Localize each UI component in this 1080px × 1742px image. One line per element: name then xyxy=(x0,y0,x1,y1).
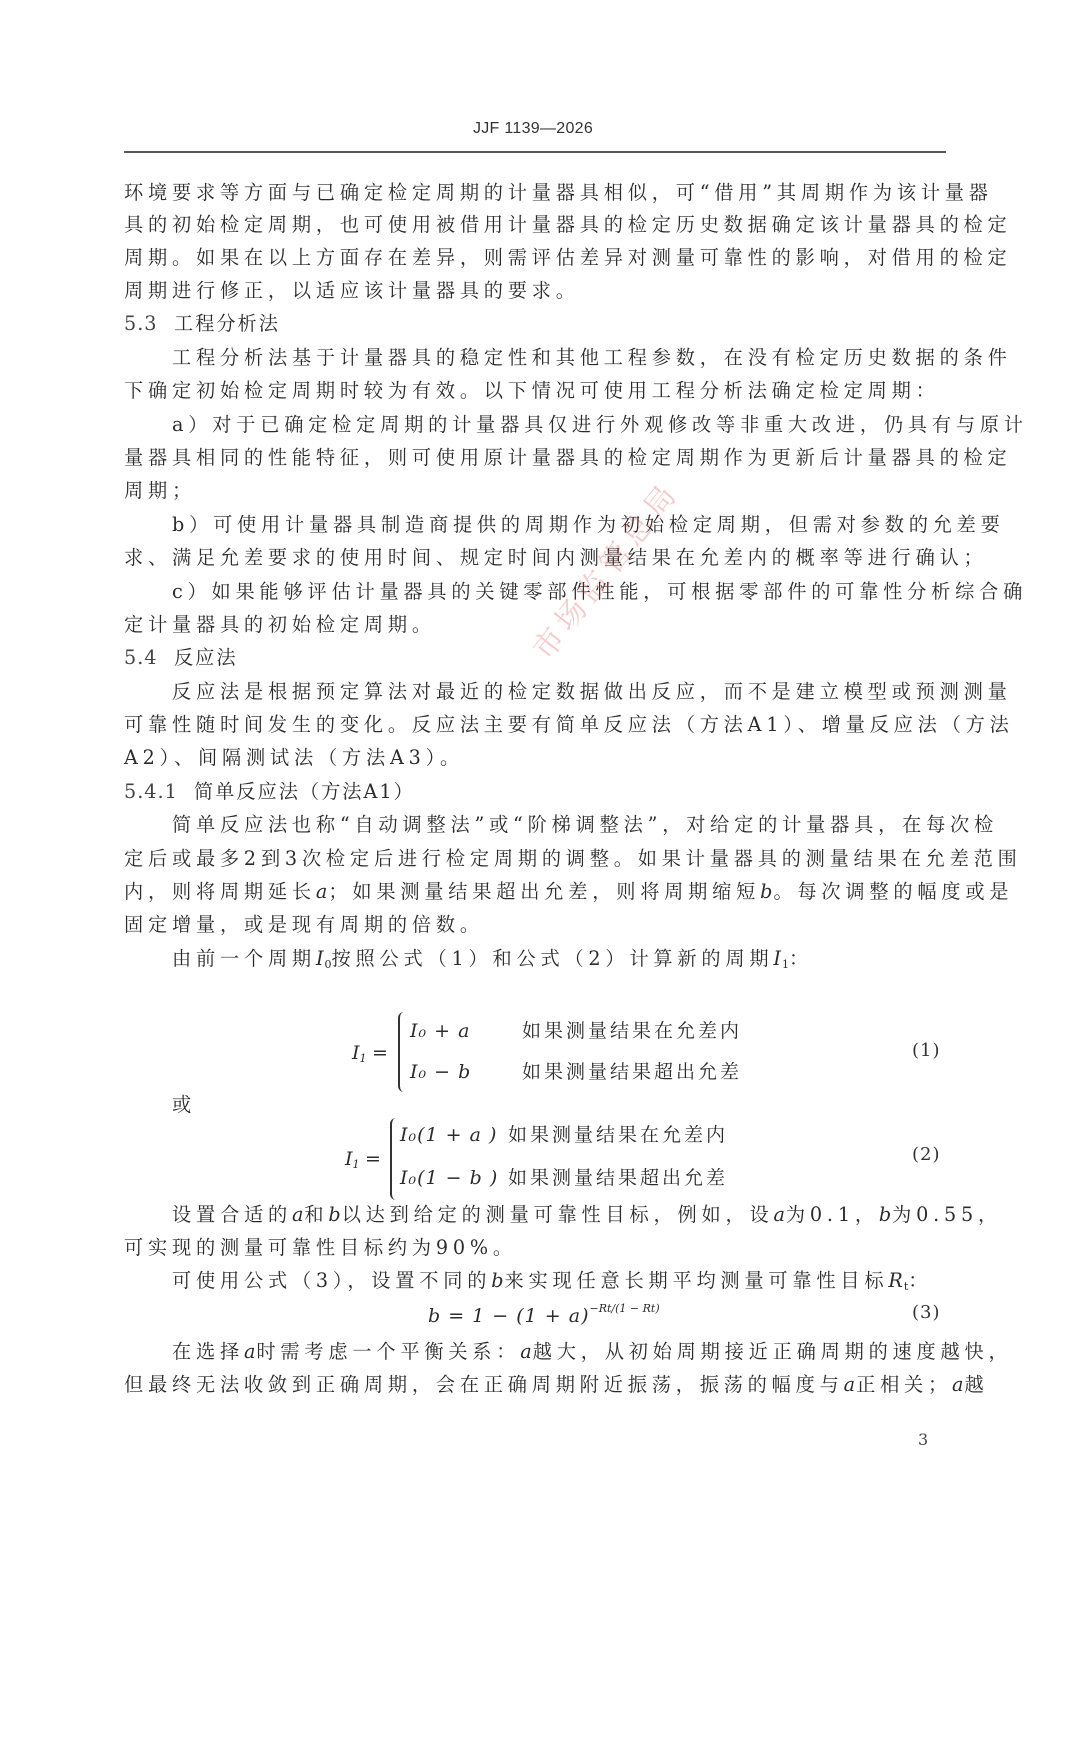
section-heading-5-4-1: 5.4.1简单反应法（方法A1） xyxy=(124,775,942,808)
section-number: 5.3 xyxy=(124,307,174,340)
formula-body: b = 1 − (1 + a)−Rt/(1 − Rt) xyxy=(428,1302,660,1327)
formula-case: I₀ − b如果测量结果超出允差 xyxy=(410,1057,742,1084)
variable-i1: I xyxy=(773,947,782,970)
subscript: 1 xyxy=(782,958,789,971)
page-number: 3 xyxy=(918,1430,928,1449)
equals-sign: = xyxy=(365,1148,381,1170)
subscript: 0 xyxy=(325,958,332,971)
text-line: 可靠性随时间发生的变化。反应法主要有简单反应法（方法A1）、增量反应法（方法 xyxy=(124,708,942,741)
section-title: 工程分析法 xyxy=(174,312,280,335)
variable-a: a xyxy=(316,880,328,903)
equation-number: (2) xyxy=(912,1144,941,1165)
text-line: 求、满足允差要求的使用时间、规定时间内测量结果在允差内的概率等进行确认； xyxy=(124,541,942,574)
formula-lhs: I1 xyxy=(345,1148,360,1171)
text-line: 固定增量，或是现有周期的倍数。 xyxy=(124,908,942,941)
section-heading-5-4: 5.4反应法 xyxy=(124,641,942,674)
section-title: 简单反应法（方法A1） xyxy=(194,780,415,803)
section-number: 5.4 xyxy=(124,641,174,674)
text-line: 但最终无法收敛到正确周期，会在正确周期附近振荡，振荡的幅度与a正相关；a越 xyxy=(124,1368,942,1401)
section-heading-5-3: 5.3工程分析法 xyxy=(124,307,942,340)
text-line: 周期。如果在以上方面存在差异，则需评估差异对测量可靠性的影响，对借用的检定 xyxy=(124,241,942,274)
text-line: 工程分析法基于计量器具的稳定性和其他工程参数，在没有检定历史数据的条件 xyxy=(124,341,942,374)
brace-icon xyxy=(390,1118,400,1200)
text-line: 环境要求等方面与已确定检定周期的计量器具相似，可“借用”其周期作为该计量器 xyxy=(124,176,942,209)
text-line: 在选择a时需考虑一个平衡关系：a越大，从初始周期接近正确周期的速度越快， xyxy=(124,1335,942,1368)
header-rule xyxy=(124,151,946,153)
page-header: JJF 1139—2026 xyxy=(124,120,942,138)
text-span: 由前一个周期 xyxy=(172,947,316,970)
text-line: 可使用公式（3），设置不同的b来实现任意长期平均测量可靠性目标Rt： xyxy=(124,1264,942,1297)
formula-case: I₀(1 − b )如果测量结果超出允差 xyxy=(400,1163,728,1190)
text-line: A2）、间隔测试法（方法A3）。 xyxy=(124,741,942,774)
or-text: 或 xyxy=(172,1088,232,1121)
text-span: ： xyxy=(789,947,813,970)
text-span: 按照公式（1）和公式（2）计算新的周期 xyxy=(332,947,774,970)
formula-lhs: I1 xyxy=(352,1042,367,1065)
text-span: ；如果测量结果超出允差，则将周期缩短 xyxy=(328,880,760,903)
text-span: 。每次调整的幅度或是 xyxy=(773,880,1013,903)
text-line: 由前一个周期I0按照公式（1）和公式（2）计算新的周期I1： xyxy=(124,942,942,975)
formula-case: I₀ + a如果测量结果在允差内 xyxy=(410,1016,742,1043)
text-line: 具的初始检定周期，也可使用被借用计量器具的检定历史数据确定该计量器具的检定 xyxy=(124,208,942,241)
variable-b: b xyxy=(760,880,773,903)
text-line: 周期进行修正，以适应该计量器具的要求。 xyxy=(124,274,942,307)
text-line: 量器具相同的性能特征，则可使用原计量器具的检定周期作为更新后计量器具的检定 xyxy=(124,441,942,474)
formula-case: I₀(1 + a )如果测量结果在允差内 xyxy=(400,1120,728,1147)
text-line: 可实现的测量可靠性目标约为90%。 xyxy=(124,1231,942,1264)
text-line: 设置合适的a和b以达到给定的测量可靠性目标，例如，设a为0.1，b为0.55， xyxy=(124,1198,942,1231)
text-line: 简单反应法也称“自动调整法”或“阶梯调整法”，对给定的计量器具，在每次检 xyxy=(124,808,942,841)
text-line: 定后或最多2到3次检定后进行检定周期的调整。如果计量器具的测量结果在允差范围 xyxy=(124,842,942,875)
brace-icon xyxy=(398,1012,408,1092)
list-item-a: a）对于已确定检定周期的计量器具仅进行外观修改等非重大改进，仍具有与原计 xyxy=(124,408,942,441)
equals-sign: = xyxy=(372,1042,388,1064)
list-item-c: c）如果能够评估计量器具的关键零部件性能，可根据零部件的可靠性分析综合确 xyxy=(124,575,942,608)
text-line: 内，则将周期延长a；如果测量结果超出允差，则将周期缩短b。每次调整的幅度或是 xyxy=(124,875,942,908)
equation-number: (1) xyxy=(912,1040,941,1061)
text-line: 周期； xyxy=(124,474,942,507)
standard-code: JJF 1139—2026 xyxy=(473,120,593,137)
text-line: 下确定初始检定周期时较为有效。以下情况可使用工程分析法确定检定周期： xyxy=(124,374,942,407)
section-number: 5.4.1 xyxy=(124,775,194,808)
list-item-b: b）可使用计量器具制造商提供的周期作为初始检定周期，但需对参数的允差要 xyxy=(124,508,942,541)
text-span: 内，则将周期延长 xyxy=(124,880,316,903)
equation-number: (3) xyxy=(912,1302,941,1323)
text-line: 定计量器具的初始检定周期。 xyxy=(124,608,942,641)
section-title: 反应法 xyxy=(174,646,238,669)
variable-i0: I xyxy=(316,947,325,970)
text-line: 反应法是根据预定算法对最近的检定数据做出反应，而不是建立模型或预测测量 xyxy=(124,675,942,708)
